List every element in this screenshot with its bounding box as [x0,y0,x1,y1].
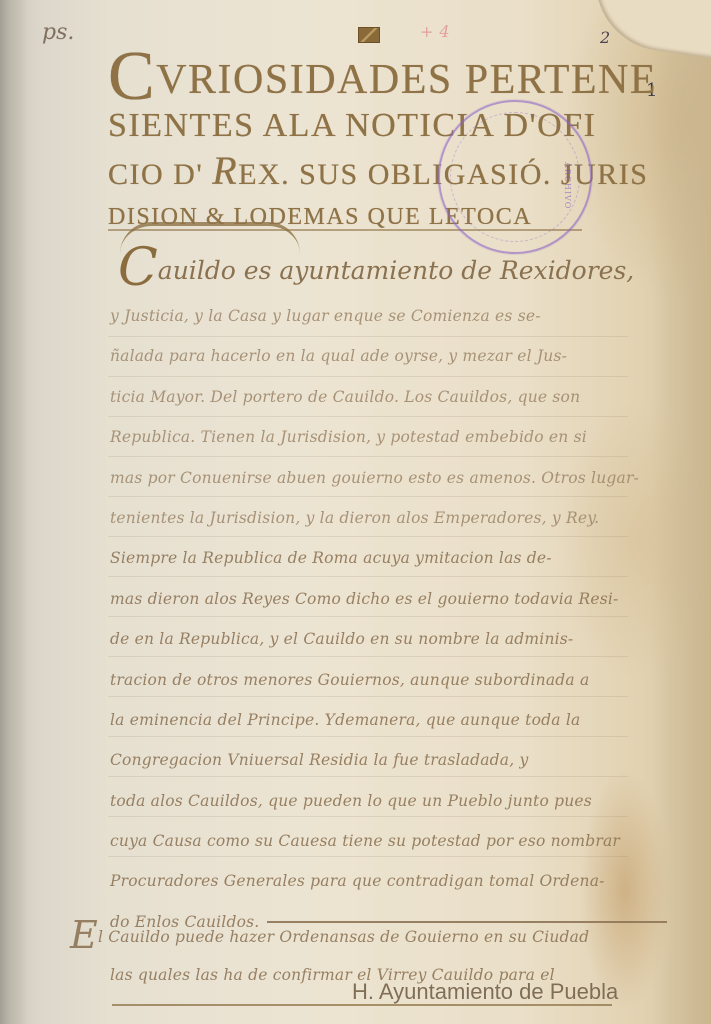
body-line: ticia Mayor. Del portero de Cauildo. Los… [110,377,640,417]
archive-stamp: ARCHIVO [438,100,592,254]
body-line: tracion de otros menores Gouiernos, aunq… [110,660,640,700]
body-line: cuya Causa como su Cauesa tiene su potes… [110,821,640,861]
body-line: ñalada para hacerlo en la qual ade oyrse… [110,336,640,376]
manuscript-page: ps. +4 2 1 CVRIOSIDADES PERTENE SIENTES … [0,0,711,1024]
body-line: y Justicia, y la Casa y lugar enque se C… [110,296,640,336]
body-line: mas por Conuenirse abuen gouierno esto e… [110,458,640,498]
section2-line-1: l Cauildo puede hazer Ordenansas de Goui… [98,928,589,946]
margin-note-ps: ps. [42,20,74,45]
heading-text: auildo es ayuntamiento de Rexidores, [158,256,634,285]
manuscript-body: y Justicia, y la Casa y lugar enque se C… [110,296,640,942]
section2-initial: E [70,913,98,957]
section2-line: El Cauildo puede hazer Ordenansas de Gou… [70,915,630,955]
body-line: Siempre la Republica de Roma acuya ymita… [110,538,640,578]
binding-shadow [0,0,28,1024]
title-line-1-text: VRIOSIDADES PERTENE [156,57,657,103]
watermark-text: H. Ayuntamiento de Puebla [352,979,618,1005]
title-line-3-prefix: CIO D' [108,158,203,191]
body-line: Procuradores Generales para que contradi… [110,861,640,901]
body-line: la eminencia del Principe. Ydemanera, qu… [110,700,640,740]
title-initial-capital: C [108,38,156,115]
page-edge-stain [651,0,711,1024]
section-heading: Cauildo es ayuntamiento de Rexidores, [118,238,634,298]
body-line: Congregacion Vniuersal Residia la fue tr… [110,740,640,780]
stamp-text: ARCHIVO [563,162,572,209]
heading-initial: C [118,238,158,298]
body-line: toda alos Cauildos, que pueden lo que un… [110,781,640,821]
title-line-1: CVRIOSIDADES PERTENE [108,56,628,101]
decorative-ornament-icon [358,27,380,43]
red-pencil-mark: +4 [420,22,456,41]
body-line: Republica. Tienen la Jurisdision, y pote… [110,417,640,457]
body-line: de en la Republica, y el Cauildo en su n… [110,619,640,659]
body-line: tenientes la Jurisdision, y la dieron al… [110,498,640,538]
title-line-3-initial: R [212,148,238,193]
page-number-pencil: 2 [600,28,610,47]
body-line: mas dieron alos Reyes Como dicho es el g… [110,579,640,619]
